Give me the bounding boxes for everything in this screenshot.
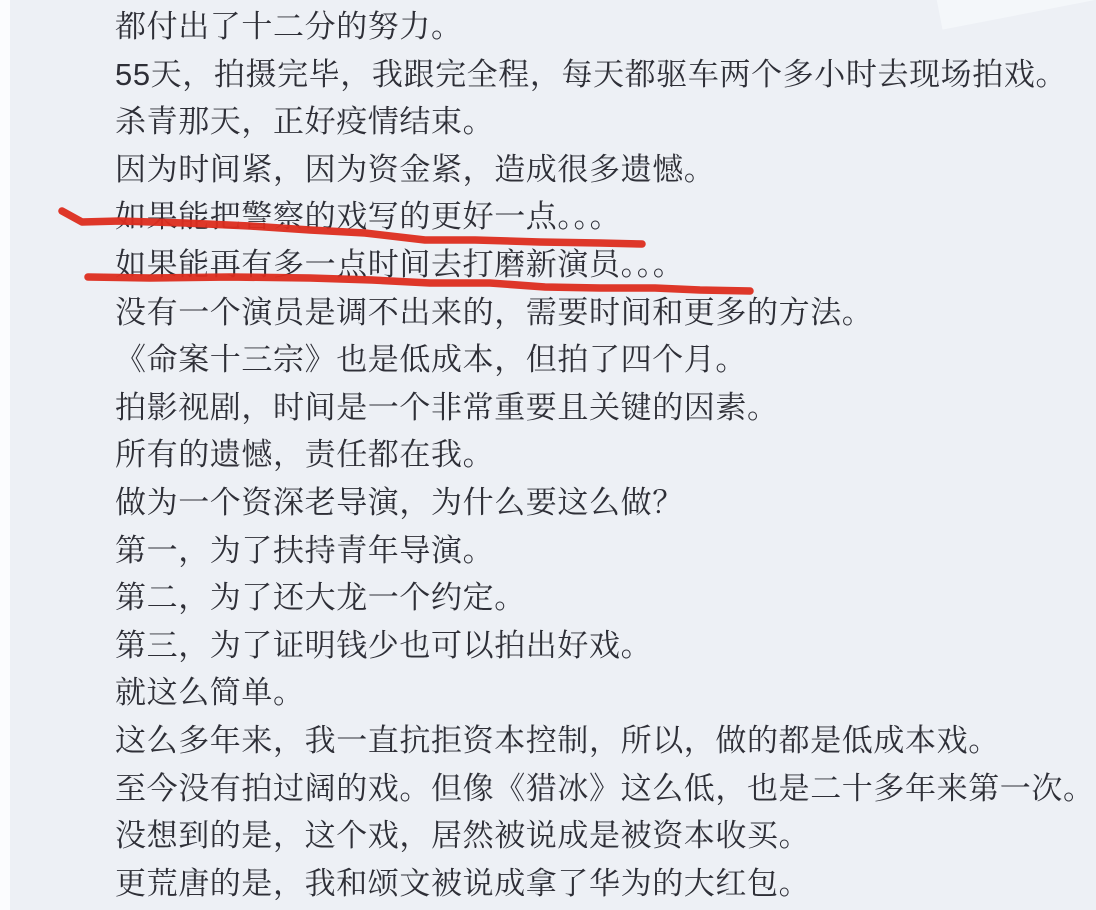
text-line: 第一，为了扶持青年导演。: [115, 527, 1095, 575]
text-line: 55天，拍摄完毕，我跟完全程，每天都驱车两个多小时去现场拍戏。: [115, 51, 1095, 99]
text-line: 《命案十三宗》也是低成本，但拍了四个月。: [115, 336, 1095, 384]
text-line: 做为一个资深老导演，为什么要这么做？: [115, 479, 1095, 527]
text-line: 因为时间紧，因为资金紧，造成很多遗憾。: [115, 146, 1095, 194]
text-line-underlined: 如果能把警察的戏写的更好一点。。。: [115, 193, 1095, 241]
text-line: 就这么简单。: [115, 669, 1095, 717]
text-line: 第二，为了还大龙一个约定。: [115, 574, 1095, 622]
text-line: 这么多年来，我一直抗拒资本控制，所以，做的都是低成本戏。: [115, 717, 1095, 765]
text-line: 至今没有拍过阔的戏。但像《猎冰》这么低，也是二十多年来第一次。: [115, 765, 1095, 813]
text-line: 没有一个演员是调不出来的，需要时间和更多的方法。: [115, 289, 1095, 337]
text-line: 杀青那天，正好疫情结束。: [115, 98, 1095, 146]
text-line: 更荒唐的是，我和颂文被说成拿了华为的大红包。: [115, 860, 1095, 908]
text-line: 第三，为了证明钱少也可以拍出好戏。: [115, 622, 1095, 670]
text-line: 都付出了十二分的努力。: [115, 3, 1095, 51]
text-line: 没想到的是，这个戏，居然被说成是被资本收买。: [115, 812, 1095, 860]
text-line: 拍影视剧，时间是一个非常重要且关键的因素。: [115, 384, 1095, 432]
page-left-margin: [0, 0, 10, 910]
article-body: 都付出了十二分的努力。 55天，拍摄完毕，我跟完全程，每天都驱车两个多小时去现场…: [115, 3, 1095, 907]
text-line-underlined: 如果能再有多一点时间去打磨新演员。。。: [115, 241, 1095, 289]
text-line: 所有的遗憾，责任都在我。: [115, 431, 1095, 479]
